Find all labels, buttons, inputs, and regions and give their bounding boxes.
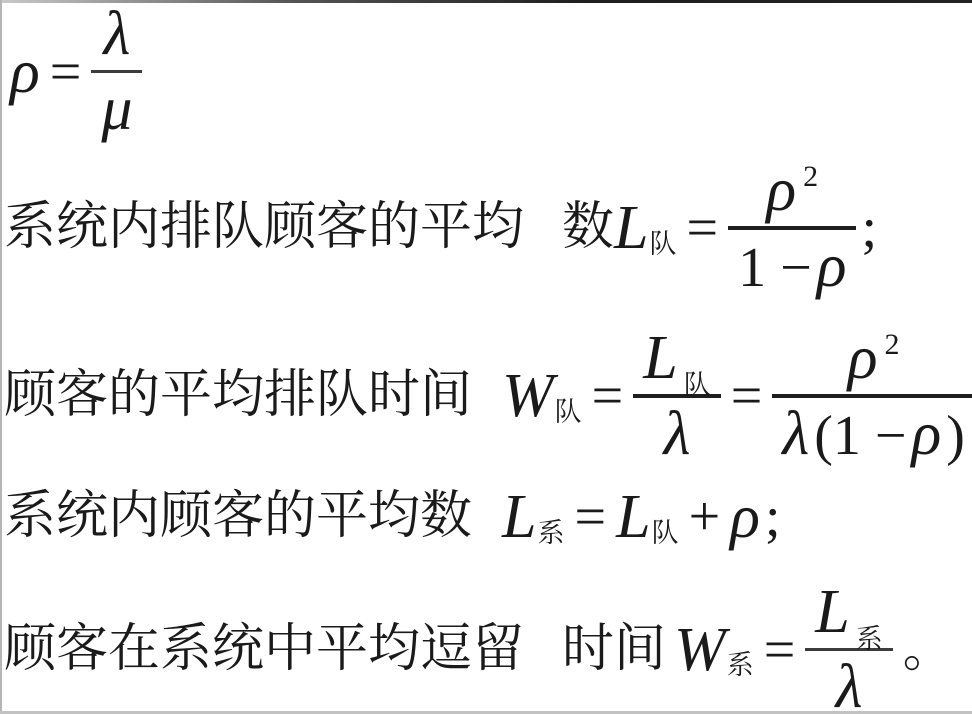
fraction-bar [772, 394, 972, 398]
var-rho: ρ [10, 41, 40, 103]
equals-sign: = [50, 44, 82, 100]
var-L-queue: L [614, 197, 648, 259]
var-L-system: L [815, 581, 849, 643]
exponent-2: 2 [803, 162, 818, 192]
ideographic-full-stop: 。 [903, 622, 953, 677]
subscript-xi: 系 [727, 652, 754, 679]
equals-sign: = [687, 200, 719, 256]
equals-sign: = [575, 489, 607, 545]
fraction-rho-squared-over-lambda-one-minus-rho: ρ 2 λ (1 − ρ ) [772, 326, 972, 466]
label-shu: 数 [562, 199, 614, 256]
var-rho: ρ [848, 327, 878, 389]
var-lambda: λ [836, 656, 863, 714]
formula-sojourn-time: 顾客在系统中平均逗留 时间 W 系 = L 系 λ 。 [4, 580, 953, 714]
plus-sign: + [689, 489, 721, 545]
subscript-xi: 系 [538, 520, 565, 547]
fraction-Lsystem-over-lambda: L 系 λ [805, 580, 892, 714]
var-L-queue: L [616, 486, 650, 548]
scanned-formula-page: ρ = λ μ 系统内排队顾客的平均 数 L 队 = ρ 2 1 − ρ ; 顾… [0, 0, 972, 714]
label-sojourn: 顾客在系统中平均逗留 [4, 621, 524, 678]
equals-sign: = [592, 368, 624, 424]
var-lambda: λ [103, 3, 130, 65]
formula-system-length: 系统内顾客的平均数 L 系 = L 队 + ρ ; [4, 486, 781, 548]
fraction-Lqueue-over-lambda: L 队 λ [633, 326, 720, 466]
semicolon: ; [861, 200, 877, 256]
label-system-length: 系统内顾客的平均数 [4, 488, 472, 545]
subscript-dui: 队 [650, 231, 677, 258]
scan-edge-top [0, 0, 972, 3]
close-paren: ) [946, 408, 965, 464]
label-waiting-time: 顾客的平均排队时间 [4, 367, 472, 424]
var-L-queue: L [643, 327, 677, 389]
semicolon: ; [765, 489, 781, 545]
open-paren-one-minus: (1 − [814, 408, 906, 464]
formula-waiting-time: 顾客的平均排队时间 W 队 = L 队 λ = ρ 2 λ (1 − ρ ) [4, 326, 972, 466]
subscript-xi: 系 [856, 626, 883, 653]
var-mu: μ [101, 78, 132, 140]
var-rho: ρ [766, 159, 796, 221]
equals-sign: = [764, 622, 796, 678]
subscript-dui: 队 [684, 372, 711, 399]
fraction-bar [91, 70, 142, 73]
var-L-system: L [502, 486, 536, 548]
var-W-queue: W [502, 365, 554, 427]
var-lambda: λ [782, 403, 809, 465]
var-rho: ρ [911, 403, 941, 465]
exponent-2: 2 [884, 330, 899, 360]
scan-edge-left [0, 0, 2, 714]
fraction-lambda-over-mu: λ μ [91, 2, 142, 141]
one-minus: 1 − [738, 240, 812, 296]
equals-sign: = [731, 368, 763, 424]
var-rho: ρ [730, 486, 760, 548]
fraction-bar [728, 226, 856, 230]
formula-utilization-rho: ρ = λ μ [10, 2, 142, 141]
var-W-system: W [674, 619, 726, 681]
fraction-rho-squared-over-one-minus-rho: ρ 2 1 − ρ [728, 158, 856, 298]
label-queue-length: 系统内排队顾客的平均 [4, 199, 524, 256]
var-rho: ρ [817, 235, 847, 297]
subscript-dui: 队 [555, 399, 582, 426]
formula-queue-length: 系统内排队顾客的平均 数 L 队 = ρ 2 1 − ρ ; [4, 158, 877, 298]
label-shijian: 时间 [562, 621, 666, 678]
var-lambda: λ [664, 403, 691, 465]
subscript-dui: 队 [652, 520, 679, 547]
